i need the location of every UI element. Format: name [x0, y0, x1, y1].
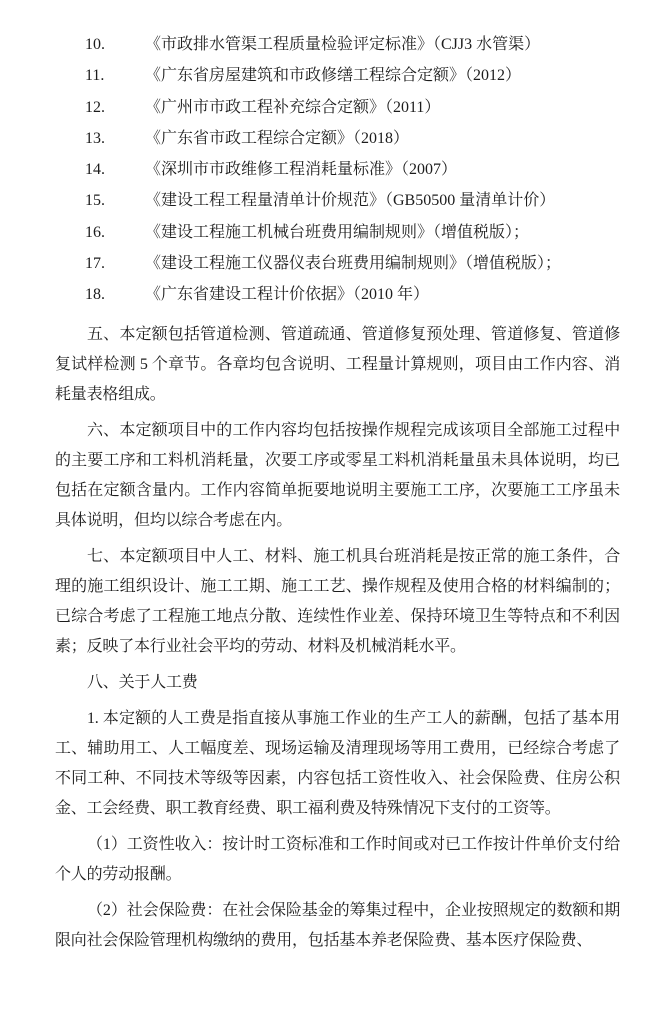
list-item-number: 15.: [85, 185, 145, 216]
list-item-number: 16.: [85, 217, 145, 248]
list-item-number: 12.: [85, 92, 145, 123]
list-item-text: 《广东省房屋建筑和市政修缮工程综合定额》（2012）: [145, 60, 620, 91]
document-content: 10. 《市政排水管渠工程质量检验评定标准》（CJJ3 水管渠） 11. 《广东…: [0, 0, 664, 956]
list-item-text: 《广东省建设工程计价依据》（2010 年）: [145, 279, 620, 310]
list-item-text: 《深圳市市政维修工程消耗量标准》（2007）: [145, 154, 620, 185]
list-item-text: 《建设工程工程量清单计价规范》（GB50500 量清单计价）: [145, 185, 620, 216]
list-item-text: 《市政排水管渠工程质量检验评定标准》（CJJ3 水管渠）: [145, 29, 620, 60]
list-item-text: 《建设工程施工机械台班费用编制规则》（增值税版）；: [145, 217, 620, 248]
list-item-text: 《广州市市政工程补充综合定额》（2011）: [145, 92, 620, 123]
paragraph-social-insurance: （2）社会保险费：在社会保险基金的筹集过程中，企业按照规定的数额和期限向社会保险…: [55, 896, 620, 956]
paragraph-section-7: 七、本定额项目中人工、材料、施工机具台班消耗是按正常的施工条件，合理的施工组织设…: [55, 542, 620, 662]
paragraph-section-5: 五、本定额包括管道检测、管道疏通、管道修复预处理、管道修复、管道修复试样检测 5…: [55, 320, 620, 410]
list-item: 18. 《广东省建设工程计价依据》（2010 年）: [55, 279, 620, 310]
list-item: 16. 《建设工程施工机械台班费用编制规则》（增值税版）；: [55, 217, 620, 248]
list-item-number: 13.: [85, 123, 145, 154]
paragraph-labor-cost-1: 1. 本定额的人工费是指直接从事施工作业的生产工人的薪酬，包括了基本用工、辅助用…: [55, 704, 620, 824]
list-item: 15. 《建设工程工程量清单计价规范》（GB50500 量清单计价）: [55, 185, 620, 216]
list-item: 11. 《广东省房屋建筑和市政修缮工程综合定额》（2012）: [55, 60, 620, 91]
list-item: 12. 《广州市市政工程补充综合定额》（2011）: [55, 92, 620, 123]
list-item: 10. 《市政排水管渠工程质量检验评定标准》（CJJ3 水管渠）: [55, 29, 620, 60]
list-item: 14. 《深圳市市政维修工程消耗量标准》（2007）: [55, 154, 620, 185]
list-item-number: 18.: [85, 279, 145, 310]
list-item: 17. 《建设工程施工仪器仪表台班费用编制规则》（增值税版）；: [55, 248, 620, 279]
paragraph-wage-income: （1）工资性收入：按计时工资标准和工作时间或对已工作按计件单价支付给个人的劳动报…: [55, 830, 620, 890]
list-item-number: 11.: [85, 60, 145, 91]
section-heading-labor-cost: 八、关于人工费: [55, 668, 620, 698]
list-item-number: 10.: [85, 29, 145, 60]
paragraph-section-6: 六、本定额项目中的工作内容均包括按操作规程完成该项目全部施工过程中的主要工序和工…: [55, 416, 620, 536]
list-item-text: 《广东省市政工程综合定额》（2018）: [145, 123, 620, 154]
reference-list: 10. 《市政排水管渠工程质量检验评定标准》（CJJ3 水管渠） 11. 《广东…: [55, 29, 620, 311]
list-item-text: 《建设工程施工仪器仪表台班费用编制规则》（增值税版）；: [145, 248, 620, 279]
list-item-number: 14.: [85, 154, 145, 185]
list-item: 13. 《广东省市政工程综合定额》（2018）: [55, 123, 620, 154]
document-page: 10. 《市政排水管渠工程质量检验评定标准》（CJJ3 水管渠） 11. 《广东…: [0, 0, 664, 1010]
list-item-number: 17.: [85, 248, 145, 279]
